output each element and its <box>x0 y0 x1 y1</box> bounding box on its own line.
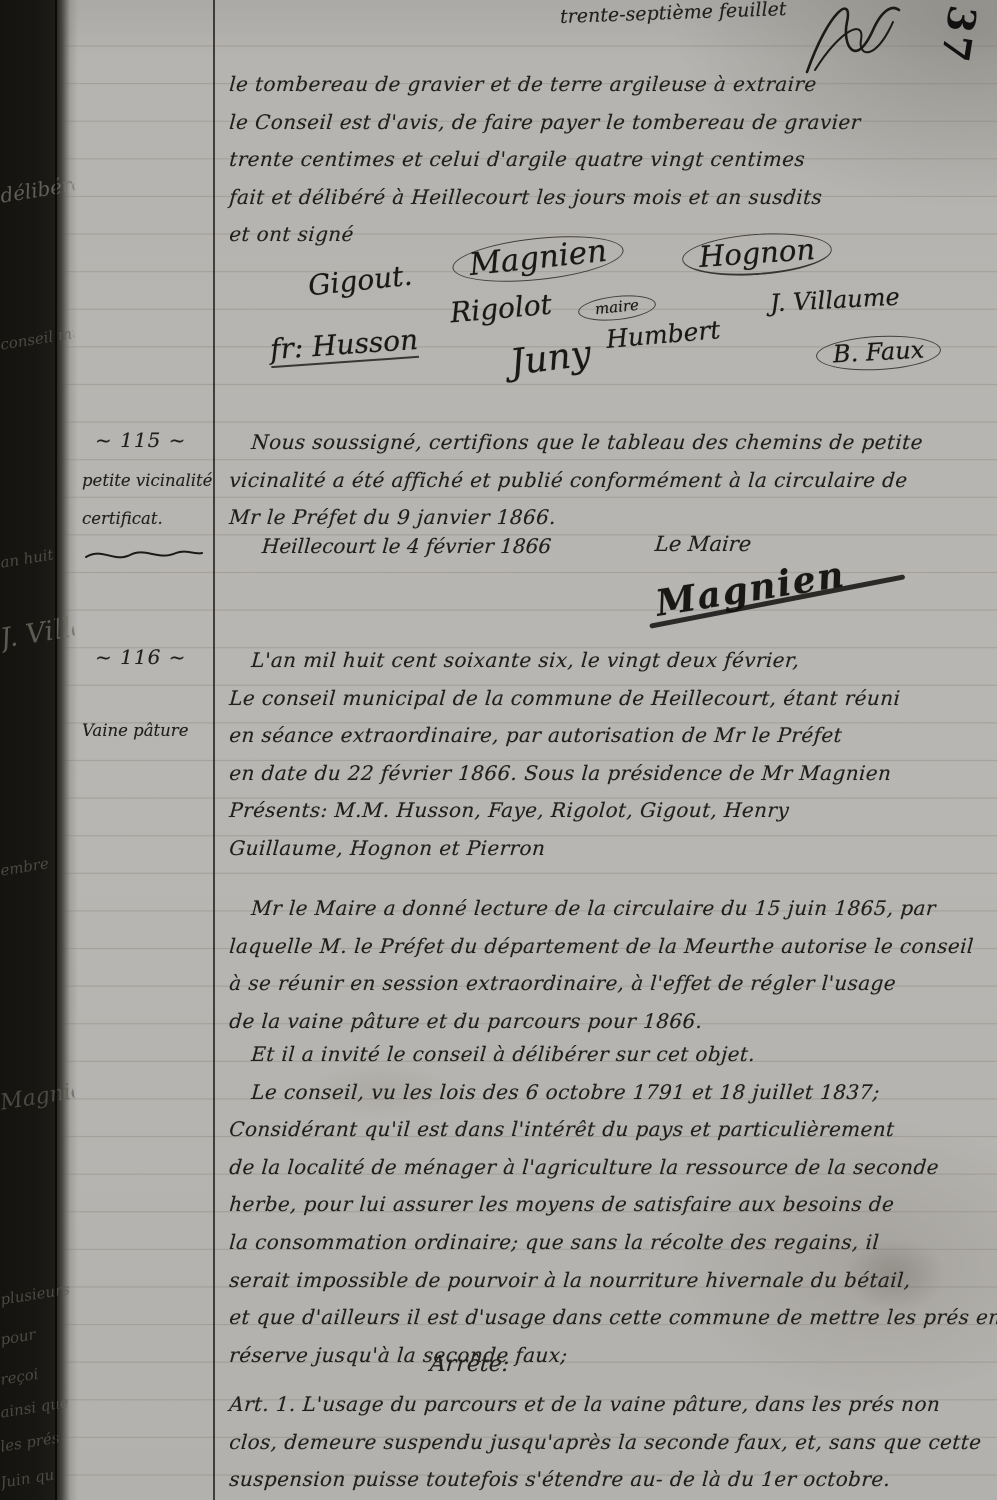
entry-115-margin-note: petite vicinalitécertificat. <box>82 462 212 537</box>
signature-maire-annotation: maire <box>577 292 657 324</box>
entry-115-text: Nous soussigné, certifions que le tablea… <box>228 424 973 537</box>
text-line: Mr le Maire a donné lecture de la circul… <box>228 890 976 928</box>
text-line: suspension puisse toutefois s'étendre au… <box>228 1461 976 1499</box>
margin-note-line: petite vicinalité <box>82 462 212 500</box>
signature-mayor-magnien: Magnien <box>653 553 848 624</box>
text-line: le Conseil est d'avis, de faire payer le… <box>228 104 976 142</box>
text-line: en date du 22 février 1866. Sous la prés… <box>228 755 976 793</box>
ghost-text-fragment: reçoi <box>0 1359 75 1388</box>
signature-rigolot: Rigolot <box>449 288 553 330</box>
ghost-text-fragment: embre <box>0 850 75 879</box>
signature-husson: fr: Husson <box>269 323 419 368</box>
book-binding: délibéréconseil muan huitJ. Villaumeembr… <box>0 0 78 1500</box>
text-line: serait impossible de pourvoir à la nourr… <box>228 1262 976 1300</box>
text-line: Guillaume, Hognon et Pierron <box>228 830 976 868</box>
text-line: trente centimes et celui d'argile quatre… <box>228 141 976 179</box>
le-maire-label: Le Maire <box>654 532 752 556</box>
binding-edge-line <box>55 0 57 1500</box>
entry-115-dateline: Heillecourt le 4 février 1866 <box>261 534 552 558</box>
text-line: herbe, pour lui assurer les moyens de sa… <box>228 1186 976 1224</box>
text-line: L'an mil huit cent soixante six, le ving… <box>228 642 976 680</box>
text-line: fait et délibéré à Heillecourt les jours… <box>228 179 976 217</box>
ghost-text-fragment: an huit <box>0 542 75 571</box>
entry-116-lecture-text: Mr le Maire a donné lecture de la circul… <box>228 890 973 1040</box>
text-line: en séance extraordinaire, par autorisati… <box>228 717 976 755</box>
text-line: et que d'ailleurs il est d'usage dans ce… <box>228 1299 976 1337</box>
ghost-text-fragment: Magnien <box>0 1079 75 1115</box>
margin-flourish-icon <box>84 545 204 565</box>
text-line: vicinalité a été affiché et publié confo… <box>228 462 976 500</box>
margin-note-line: certificat. <box>82 500 212 538</box>
ghost-text-fragment: ainsi que <box>0 1392 75 1421</box>
signature-villaume: J. Villaume <box>769 283 900 318</box>
text-line: réserve jusqu'à la seconde faux; <box>228 1337 976 1375</box>
entry-115-number: ~ 115 ~ <box>95 428 186 452</box>
register-page: délibéréconseil muan huitJ. Villaumeembr… <box>0 0 997 1500</box>
ghost-text-fragment: conseil mu <box>0 324 75 353</box>
entry-114-continuation-text: le tombereau de gravier et de terre argi… <box>228 66 973 254</box>
text-line: à se réunir en session extraordinaire, à… <box>228 965 976 1003</box>
ghost-text-fragment: délibéré <box>0 172 75 207</box>
entry-116-number: ~ 116 ~ <box>95 645 186 669</box>
feuillet-label: trente-septième feuillet <box>560 0 787 28</box>
signature-juny-paraph: Juny <box>508 333 594 384</box>
text-line: Nous soussigné, certifions que le tablea… <box>228 424 976 462</box>
ghost-text-fragment: Juin qu <box>0 1462 75 1491</box>
text-line: Considérant qu'il est dans l'intérêt du … <box>228 1111 976 1149</box>
ghost-text-fragment: les prés <box>0 1426 75 1455</box>
page-number: 137 <box>932 0 990 68</box>
ghost-text-fragment: plusieurs <box>0 1279 75 1308</box>
text-line: Mr le Préfet du 9 janvier 1866. <box>228 499 976 537</box>
entry-116-article-text: Art. 1. L'usage du parcours et de la vai… <box>228 1386 973 1499</box>
text-line: de la vaine pâture et du parcours pour 1… <box>228 1003 976 1041</box>
entry-116-deliberation-text: Et il a invité le conseil à délibérer su… <box>228 1036 973 1374</box>
arrete-heading: Arrête: <box>429 1352 510 1377</box>
entry-116-margin-note: Vaine pâture <box>82 712 212 750</box>
entry-116-session-text: L'an mil huit cent soixante six, le ving… <box>228 642 973 868</box>
text-line: la consommation ordinaire; que sans la r… <box>228 1224 976 1262</box>
signature-faux: B. Faux <box>815 333 942 374</box>
text-line: de la localité de ménager à l'agricultur… <box>228 1149 976 1187</box>
signature-gigout: Gigout. <box>307 259 414 303</box>
ghost-text-fragment: J. Villaume <box>0 612 76 654</box>
margin-rule-line <box>213 0 215 1500</box>
text-line: Et il a invité le conseil à délibérer su… <box>228 1036 976 1074</box>
ghost-text-fragment: pour <box>0 1319 75 1348</box>
text-line: le tombereau de gravier et de terre argi… <box>228 66 976 104</box>
text-line: Le conseil, vu les lois des 6 octobre 17… <box>228 1074 976 1112</box>
text-line: Art. 1. L'usage du parcours et de la vai… <box>228 1386 976 1424</box>
text-line: Le conseil municipal de la commune de He… <box>228 680 976 718</box>
signature-humbert: Humbert <box>605 315 721 354</box>
text-line: laquelle M. le Préfet du département de … <box>228 928 976 966</box>
text-line: Présents: M.M. Husson, Faye, Rigolot, Gi… <box>228 792 976 830</box>
text-line: clos, demeure suspendu jusqu'après la se… <box>228 1424 976 1462</box>
